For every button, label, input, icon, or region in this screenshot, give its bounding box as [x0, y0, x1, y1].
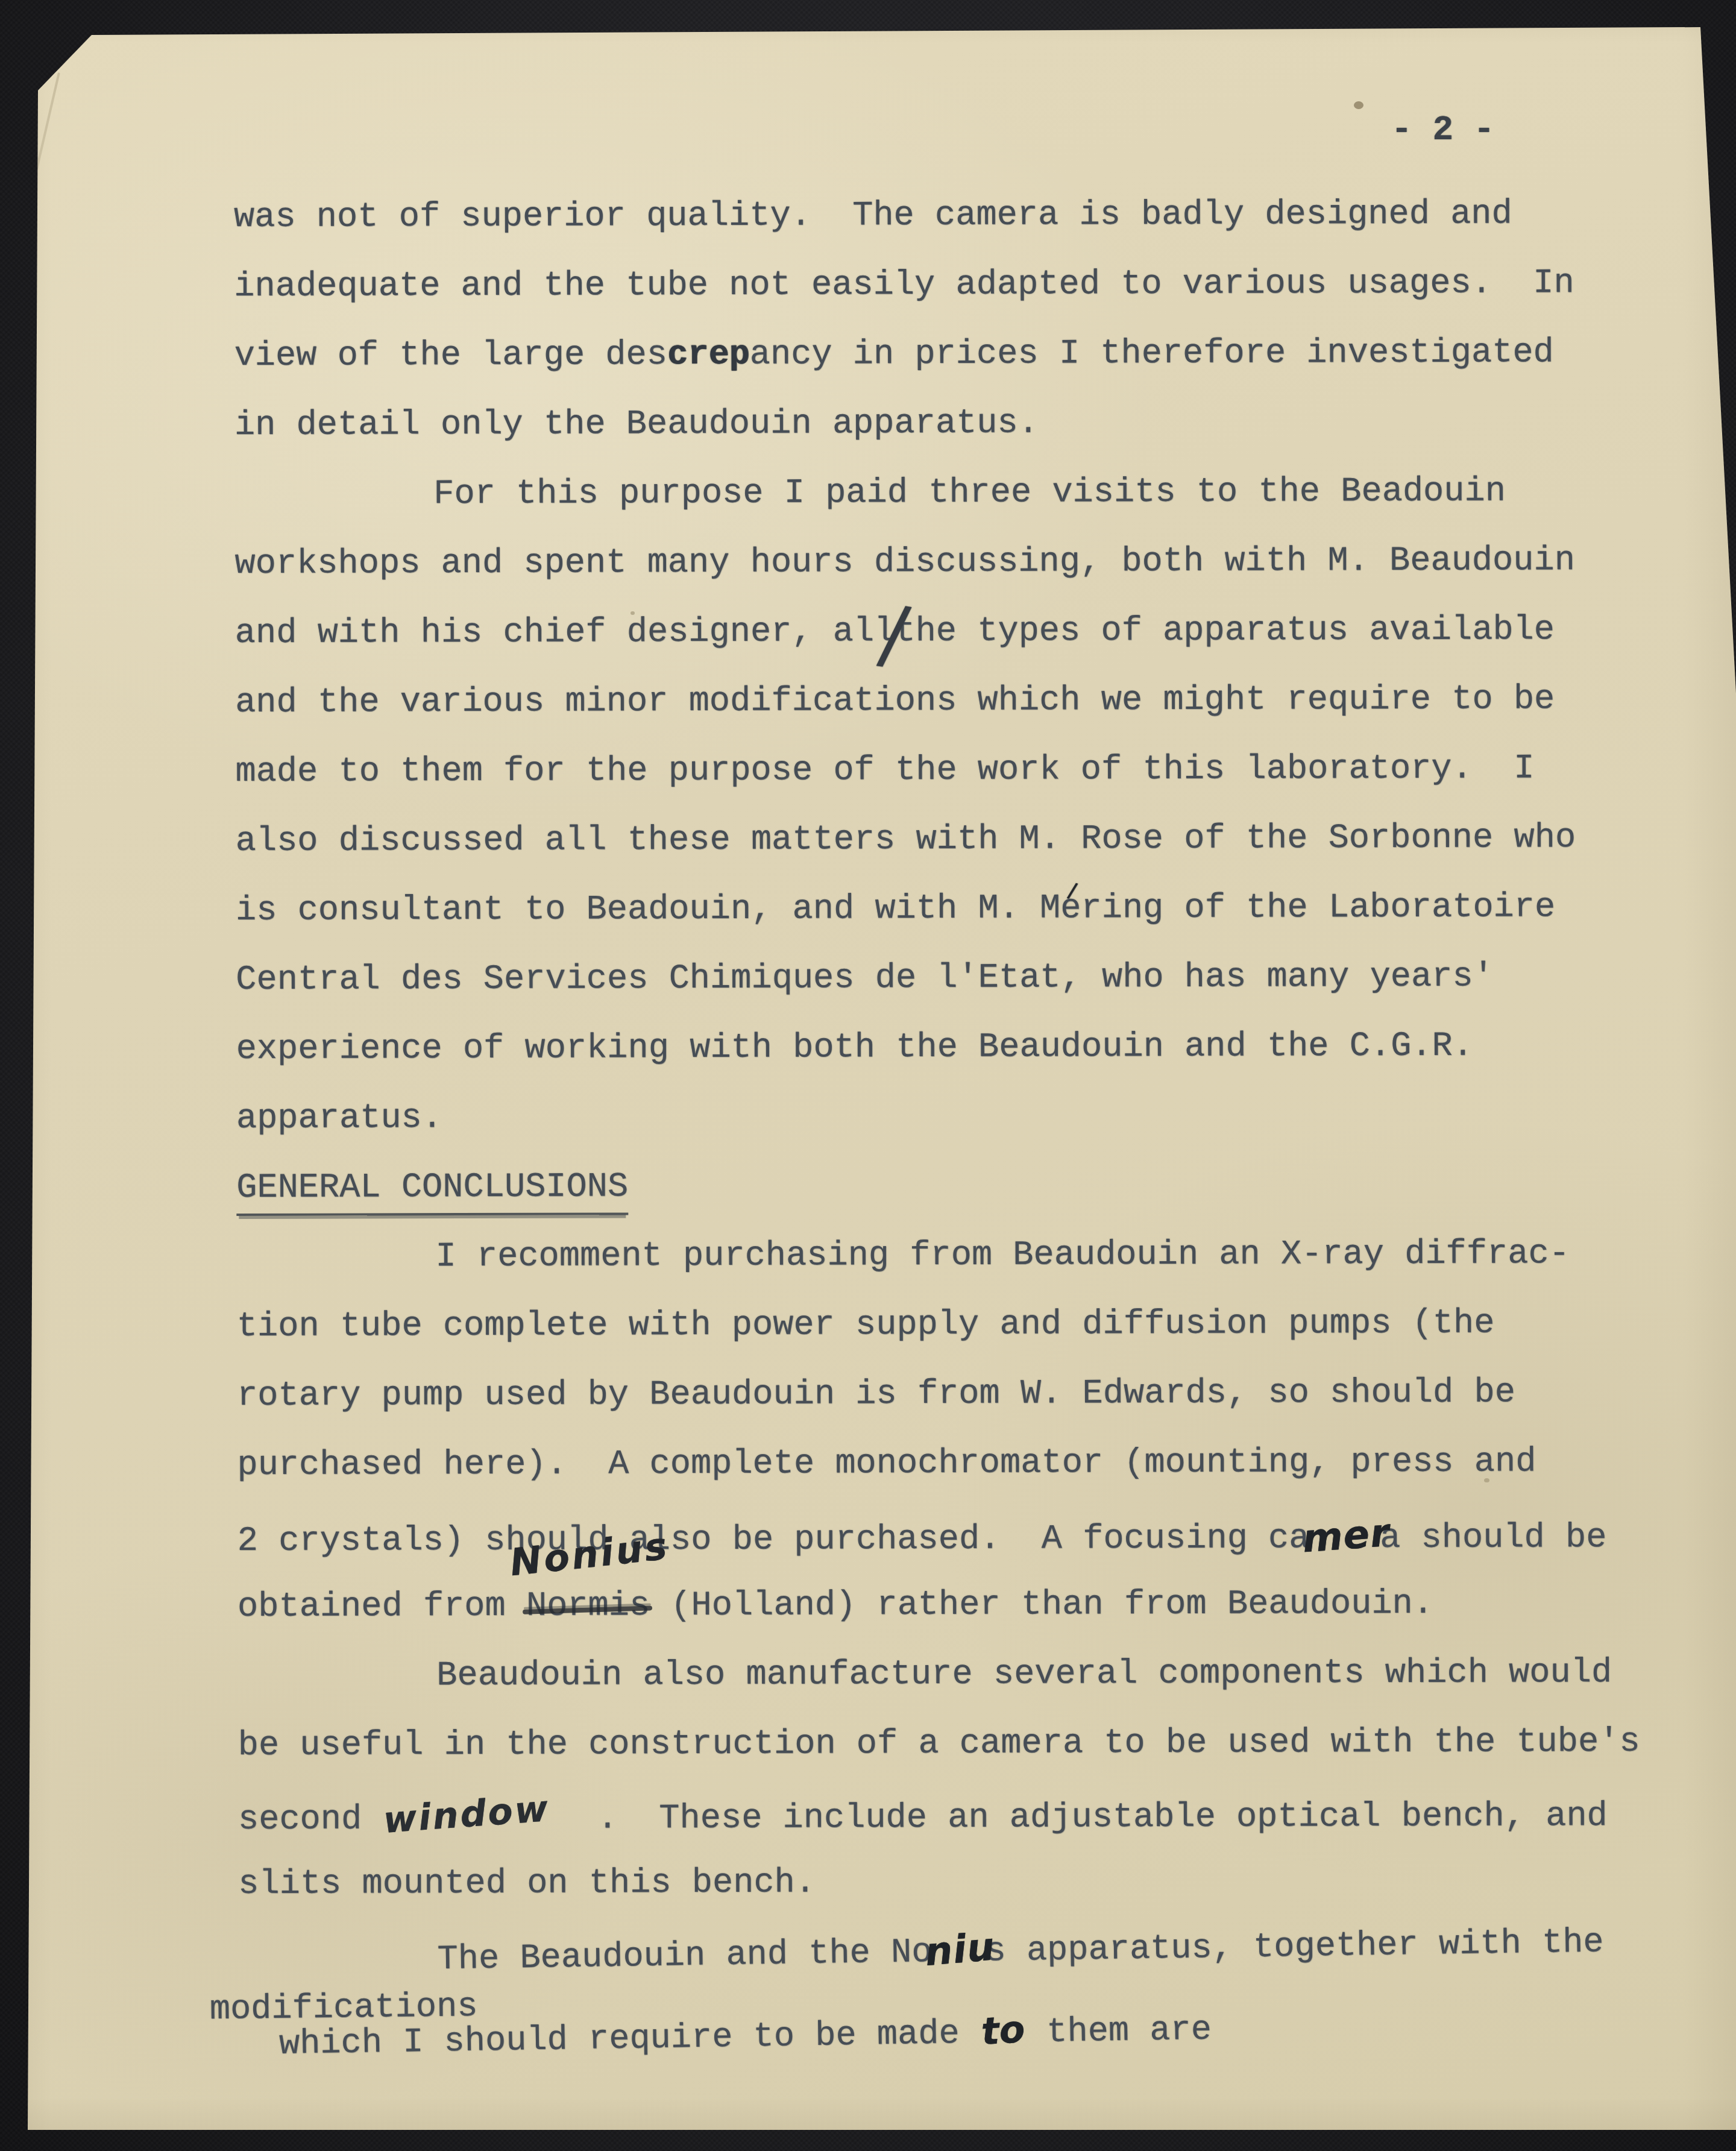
struck-word: Normis [526, 1587, 650, 1626]
typed-text: purchased here). A complete monochromato… [237, 1443, 1536, 1485]
typed-line: 2 crystals) should also be purchased. A … [237, 1513, 1607, 1561]
typed-line: experience of working with both the Beau… [236, 1028, 1474, 1069]
handwritten-ink: window [382, 1789, 551, 1841]
typed-line: purchased here). A complete monochromato… [237, 1443, 1536, 1485]
typed-line: and with his chief designer, allthe type… [235, 611, 1555, 653]
typed-text: which I should require to be made [278, 2015, 980, 2064]
typed-text: the types of apparatus available [895, 611, 1555, 651]
typed-line: be useful in the construction of a camer… [238, 1724, 1640, 1766]
typed-line: tion tube complete with power supply and… [237, 1305, 1495, 1347]
page-number: - 2 - [1391, 112, 1494, 150]
typed-line: secondwindow . These include an adjustab… [238, 1793, 1608, 1840]
typed-line: For this purpose I paid three visits to … [433, 473, 1506, 514]
typed-line: workshops and spent many hours discussin… [234, 542, 1575, 584]
typed-text: a should be [1380, 1519, 1606, 1558]
handwritten-ink: mer [1301, 1512, 1391, 1561]
typed-text: 2 crystals) should also be purchased. A … [237, 1519, 1310, 1561]
typed-line: also discussed all these matters with M.… [236, 819, 1576, 861]
typed-line: made to them for the purpose of the work… [235, 750, 1534, 792]
typed-text: and the various minor modifications whic… [235, 680, 1555, 722]
typed-line: rotary pump used by Beaudouin is from W.… [237, 1375, 1515, 1416]
typed-line: inadequate and the tube not easily adapt… [234, 265, 1574, 307]
crease-line [0, 72, 60, 566]
handwritten-annotation: / [875, 595, 913, 675]
typed-text: . These include an adjustable optical be… [576, 1797, 1607, 1838]
paper-sheet: - 2 - was not of superior quality. The c… [0, 0, 1736, 2151]
typed-line: and the various minor modifications whic… [235, 681, 1555, 723]
typed-line: obtained from Normis (Holland) rather th… [237, 1586, 1433, 1627]
typed-text: modifications [209, 1988, 477, 2029]
scanned-document: - 2 - was not of superior quality. The c… [0, 0, 1736, 2151]
paper-speck [631, 611, 635, 615]
typed-text: rotary pump used by Beaudouin is from W.… [237, 1374, 1515, 1416]
typed-text: in detail only the Beaudouin apparatus. [234, 405, 1039, 445]
typed-text: GENERAL CONCLUSIONS [236, 1168, 628, 1216]
typed-text: be useful in the construction of a camer… [238, 1723, 1640, 1765]
typed-text: Beaudouin also manufacture several compo… [436, 1654, 1612, 1695]
typed-line: GENERAL CONCLUSIONS [236, 1168, 628, 1216]
typed-line: Central des Services Chimiques de l'Etat… [236, 959, 1494, 1000]
typed-text: (Holland) rather than from Beaudouin. [650, 1585, 1433, 1625]
typed-text: them are [1026, 2011, 1212, 2053]
typed-text: obtained from [237, 1587, 526, 1627]
typed-text: is consultant to Beadouin, and with M. M… [236, 888, 1555, 930]
typed-line: Beaudouin also manufacture several compo… [436, 1654, 1612, 1696]
typed-text: apparatus. [236, 1099, 442, 1138]
typed-text: s apparatus, together with the [985, 1924, 1604, 1971]
typed-text: second [238, 1801, 362, 1840]
handwritten-annotation: / [1066, 880, 1078, 901]
typed-text: The Beaudouin and the No [437, 1933, 932, 1979]
paper-speck [1354, 101, 1363, 109]
typed-text: inadequate and the tube not easily adapt… [234, 264, 1574, 306]
typed-text: and with his chief designer, all [235, 613, 895, 653]
typed-text: For this purpose I paid three visits to … [433, 473, 1506, 514]
typed-text: made to them for the purpose of the work… [235, 749, 1534, 792]
typed-line: apparatus. [236, 1100, 442, 1139]
typed-line: is consultant to Beadouin, and with M. M… [236, 889, 1555, 931]
typed-text: tion tube complete with power supply and… [237, 1305, 1495, 1346]
typed-line: The Beaudouin and the Nonius apparatus, … [437, 1918, 1604, 1980]
typed-line: in detail only the Beaudouin apparatus. [234, 405, 1039, 446]
typed-text: workshops and spent many hours discussin… [234, 541, 1575, 584]
handwritten-ink: niu [923, 1926, 997, 1975]
handwritten-ink: to [980, 2008, 1027, 2053]
corner-fold [0, 0, 157, 157]
typed-line: view of the large descrepancy in prices … [234, 334, 1554, 376]
typed-text: Central des Services Chimiques de l'Etat… [236, 958, 1494, 1000]
typed-text: crep [667, 336, 750, 374]
typed-text: experience of working with both the Beau… [236, 1027, 1474, 1069]
typed-text: also discussed all these matters with M.… [236, 819, 1576, 861]
typed-text: I recomment purchasing from Beaudouin an… [435, 1235, 1569, 1276]
typed-text-layer: was not of superior quality. The camera … [0, 0, 1736, 2151]
typed-line: slits mounted on this bench. [238, 1865, 816, 1904]
typed-line: modifications [209, 1988, 477, 2030]
typed-text: ancy in prices I therefore investigated [750, 333, 1554, 374]
typed-text: was not of superior quality. The camera … [234, 195, 1512, 238]
typed-line: which I should require to be made to the… [278, 2005, 1212, 2065]
typed-text: view of the large des [234, 336, 667, 376]
typed-text: slits mounted on this bench. [238, 1864, 816, 1904]
handwritten-annotation: Nonius [508, 1528, 671, 1582]
typed-line: I recomment purchasing from Beaudouin an… [435, 1235, 1569, 1277]
paper-speck [1484, 1478, 1489, 1482]
typed-line: was not of superior quality. The camera … [234, 196, 1512, 238]
